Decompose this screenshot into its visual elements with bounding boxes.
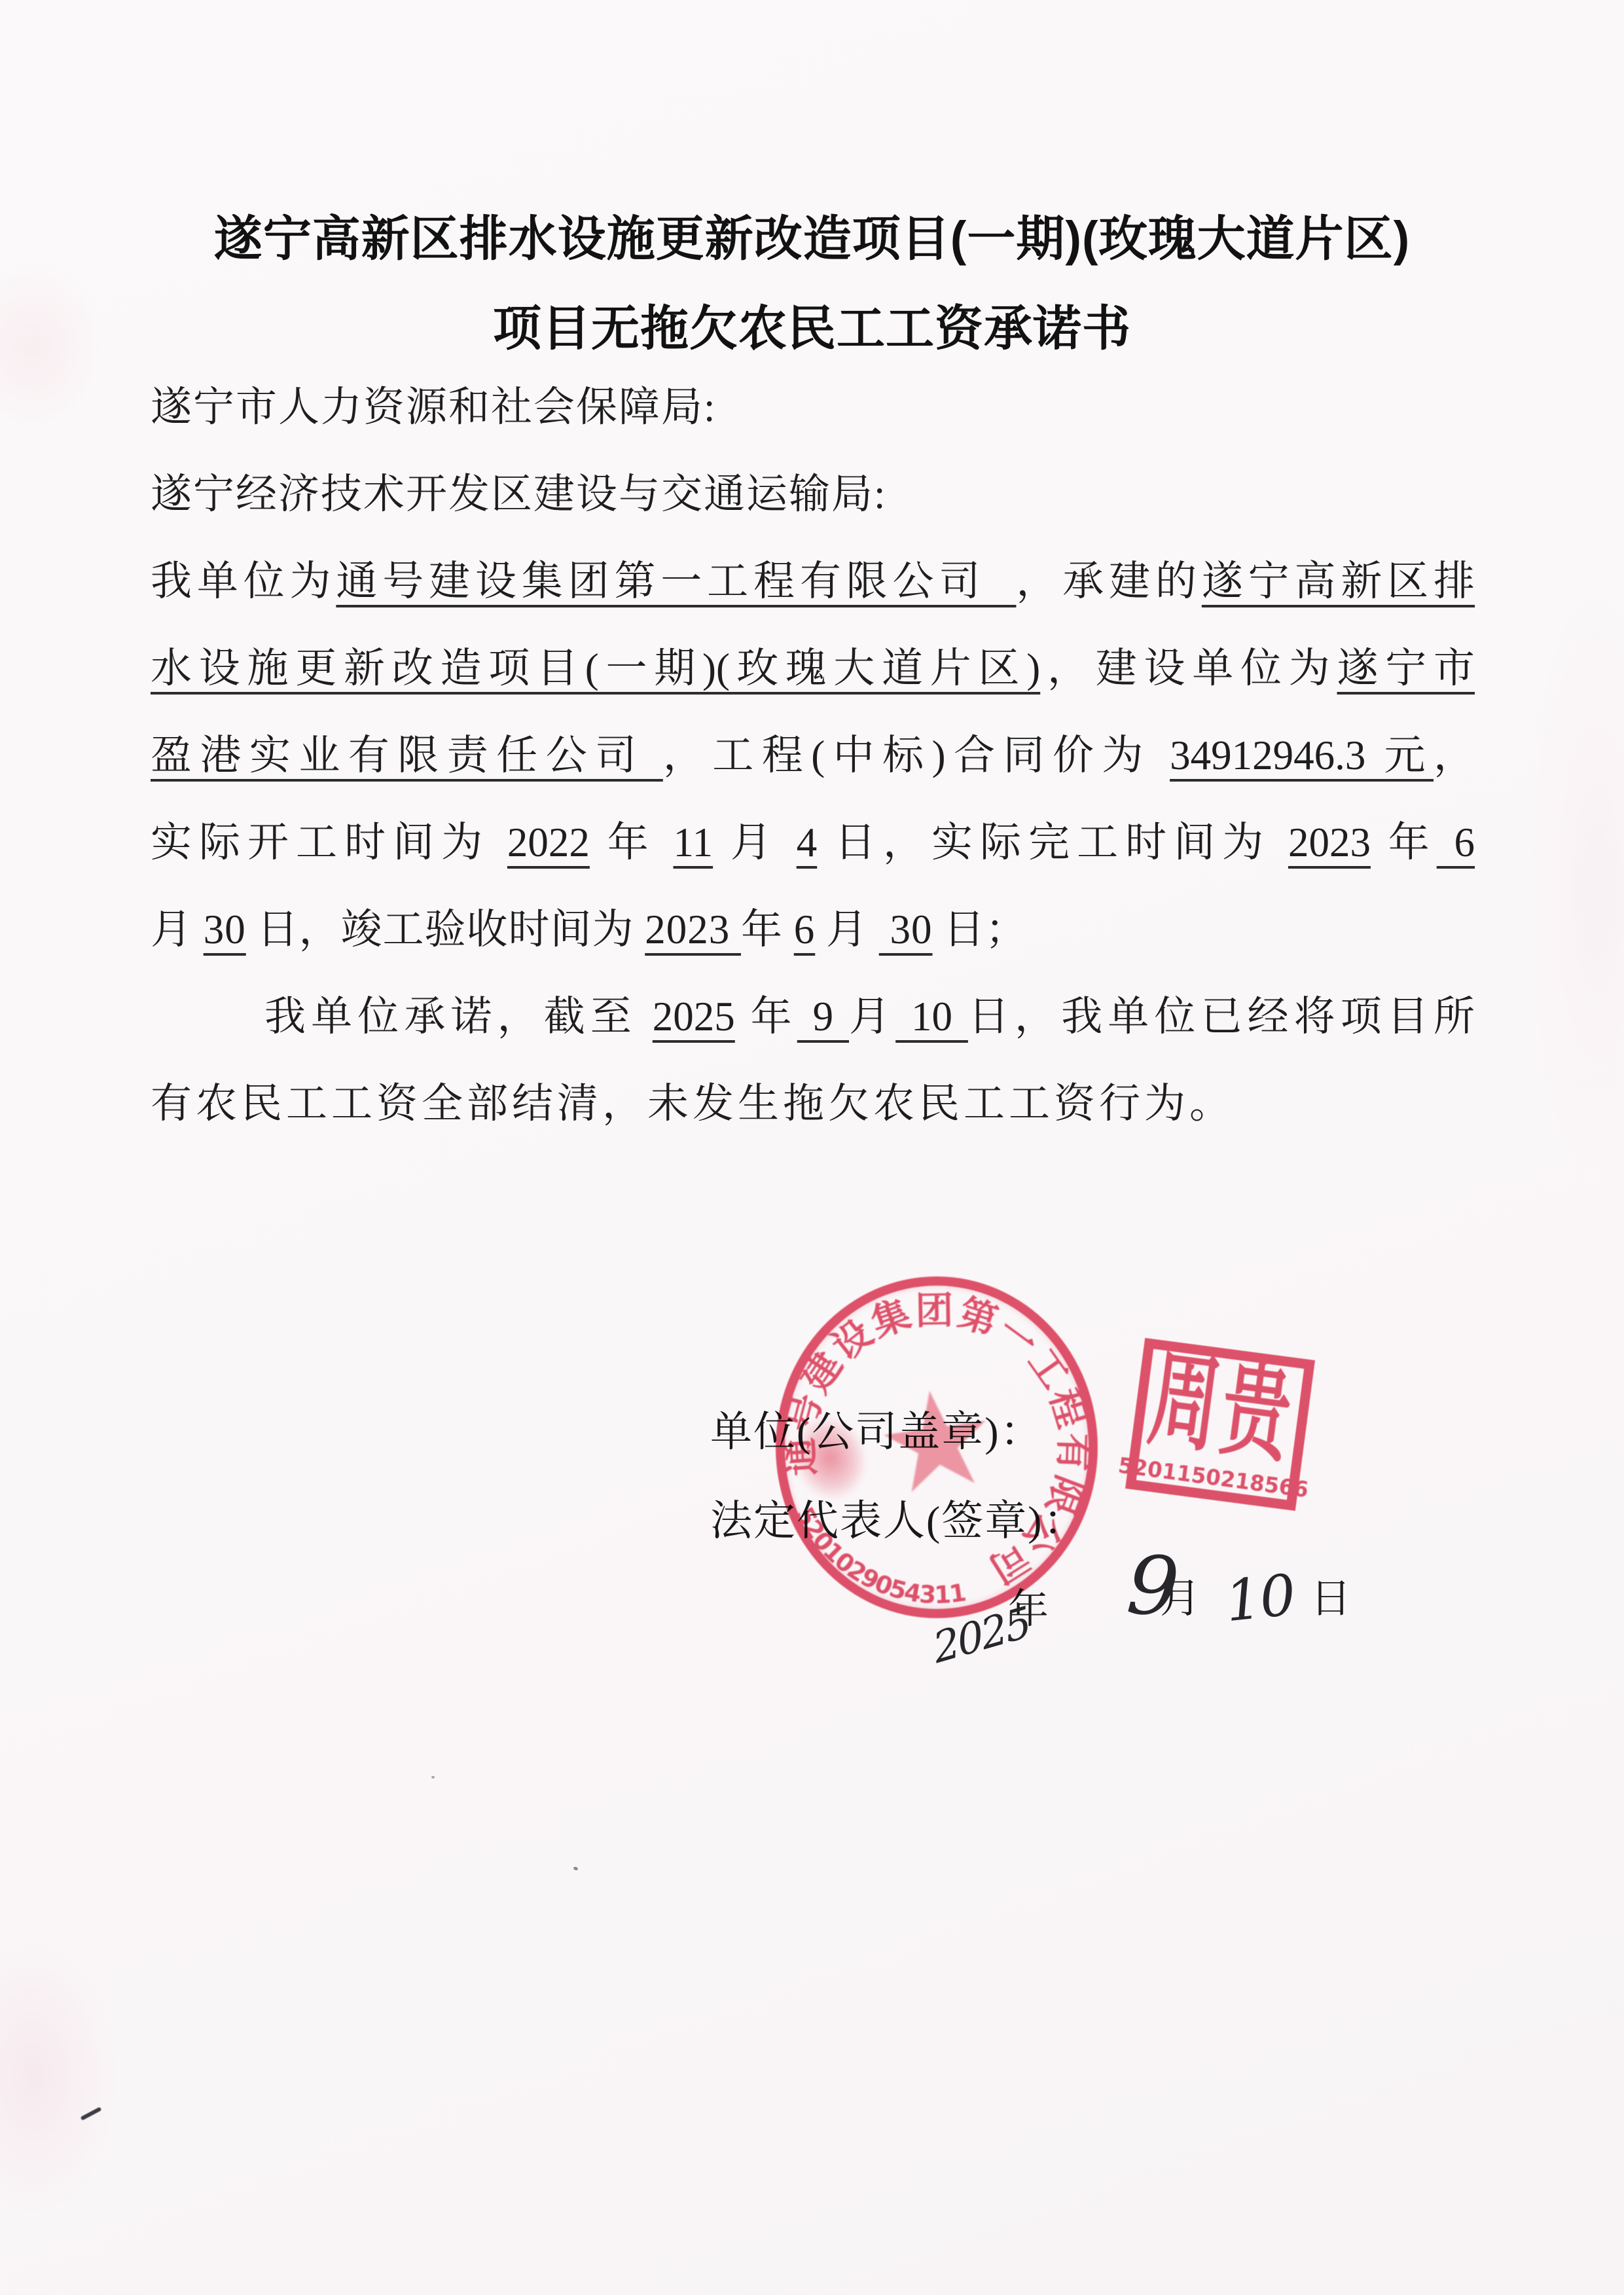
text-run: 月	[713, 820, 797, 865]
paper-pink-wash	[0, 1938, 118, 2213]
scan-speck	[573, 1866, 578, 1871]
text-run: 月	[815, 907, 879, 952]
filled-blank: 34912946.3 元	[1170, 732, 1434, 778]
text-run: 年	[590, 820, 674, 865]
handwritten-day: 10	[1222, 1563, 1297, 1635]
filled-blank: 2023	[645, 907, 741, 952]
text-run: 我单位为	[151, 558, 336, 604]
text-run: 实际开工时间为	[151, 820, 507, 865]
text-run: 年	[1371, 820, 1437, 865]
text-run: 年	[735, 994, 797, 1039]
text-run: 日，我单位已经将项目所	[968, 994, 1475, 1039]
scan-speck	[431, 1776, 435, 1779]
body-line: 实际开工时间为 2022 年 11 月 4 日，实际完工时间为 2023 年 6	[151, 799, 1475, 886]
seal-serial-digit: 1	[943, 1578, 972, 1608]
company-seal-stamp: ★ 通号建设集团第一工程有限公司 5201029054311	[776, 1276, 1098, 1618]
body-line: 遂宁经济技术开发区建设与交通运输局:	[151, 451, 1475, 538]
filled-blank: 水设施更新改造项目(一期)(玫瑰大道片区)	[151, 645, 1040, 691]
text-run: 我单位承诺，截至	[264, 994, 653, 1039]
body-line: 盈港实业有限责任公司 ，工程(中标)合同价为 34912946.3 元，	[151, 712, 1475, 799]
document-body: 遂宁市人力资源和社会保障局:遂宁经济技术开发区建设与交通运输局:我单位为通号建设…	[151, 364, 1475, 1147]
text-run: ，建设单位为	[1040, 645, 1337, 691]
text-run: 有农民工工资全部结清，未发生拖欠农民工工资行为。	[151, 1081, 1235, 1127]
filled-blank: 2025	[653, 994, 735, 1039]
date-day-label: 日	[1310, 1566, 1351, 1624]
text-run: ，	[1434, 732, 1475, 778]
title-line-2: 项目无拖欠农民工工资承诺书	[0, 283, 1624, 373]
filled-blank: 遂宁市	[1337, 645, 1475, 691]
body-line: 我单位为通号建设集团第一工程有限公司 ，承建的遂宁高新区排	[151, 538, 1475, 625]
text-run: 遂宁经济技术开发区建设与交通运输局:	[151, 471, 887, 517]
text-run: 月	[151, 907, 204, 952]
filled-blank: 6	[794, 907, 816, 952]
body-line: 我单位承诺，截至 2025 年 9 月 10 日，我单位已经将项目所	[151, 973, 1475, 1060]
seal-ring-char: 团	[914, 1288, 954, 1328]
body-line: 水设施更新改造项目(一期)(玫瑰大道片区)，建设单位为遂宁市	[151, 625, 1475, 712]
filled-blank: 6	[1437, 820, 1475, 865]
text-run: 遂宁市人力资源和社会保障局:	[151, 384, 717, 430]
paper-pink-wash	[1525, 589, 1624, 1178]
body-line: 有农民工工资全部结清，未发生拖欠农民工工资行为。	[151, 1060, 1475, 1147]
filled-blank: 30	[879, 907, 933, 952]
name-seal-characters: 周贵	[1144, 1348, 1300, 1472]
filled-blank: 10	[895, 994, 968, 1039]
text-run: ，承建的	[1016, 558, 1201, 604]
body-line: 遂宁市人力资源和社会保障局:	[151, 364, 1475, 451]
scanned-commitment-letter: 遂宁高新区排水设施更新改造项目(一期)(玫瑰大道片区) 项目无拖欠农民工工资承诺…	[0, 0, 1624, 2295]
pen-mark	[81, 2106, 102, 2120]
text-run: 日，实际完工时间为	[817, 820, 1288, 865]
text-run: 年	[741, 907, 794, 952]
star-icon: ★	[868, 1367, 1006, 1517]
body-line: 月 30 日，竣工验收时间为 2023 年 6 月 30 日；	[151, 886, 1475, 973]
filled-blank: 盈港实业有限责任公司	[151, 732, 663, 778]
filled-blank: 通号建设集团第一工程有限公司	[336, 558, 1016, 604]
filled-blank: 11	[673, 820, 713, 865]
text-run: 月	[849, 994, 895, 1039]
filled-blank: 4	[797, 820, 818, 865]
seal-ring-char: 有	[1056, 1432, 1097, 1472]
title-line-1: 遂宁高新区排水设施更新改造项目(一期)(玫瑰大道片区)	[0, 194, 1624, 283]
text-run: ，工程(中标)合同价为	[663, 732, 1170, 778]
seal-ring-char: 通	[776, 1436, 818, 1478]
legal-rep-name-stamp: 周贵 5201150218566	[1125, 1338, 1315, 1511]
document-title: 遂宁高新区排水设施更新改造项目(一期)(玫瑰大道片区) 项目无拖欠农民工工资承诺…	[0, 194, 1624, 373]
text-run: 日，竣工验收时间为	[246, 907, 645, 952]
filled-blank: 30	[204, 907, 246, 952]
filled-blank: 9	[797, 994, 849, 1039]
filled-blank: 2023	[1288, 820, 1371, 865]
filled-blank: 遂宁高新区排	[1202, 558, 1475, 604]
handwritten-month: 9	[1124, 1538, 1182, 1635]
text-run: 日；	[933, 907, 1028, 952]
filled-blank: 2022	[507, 820, 590, 865]
